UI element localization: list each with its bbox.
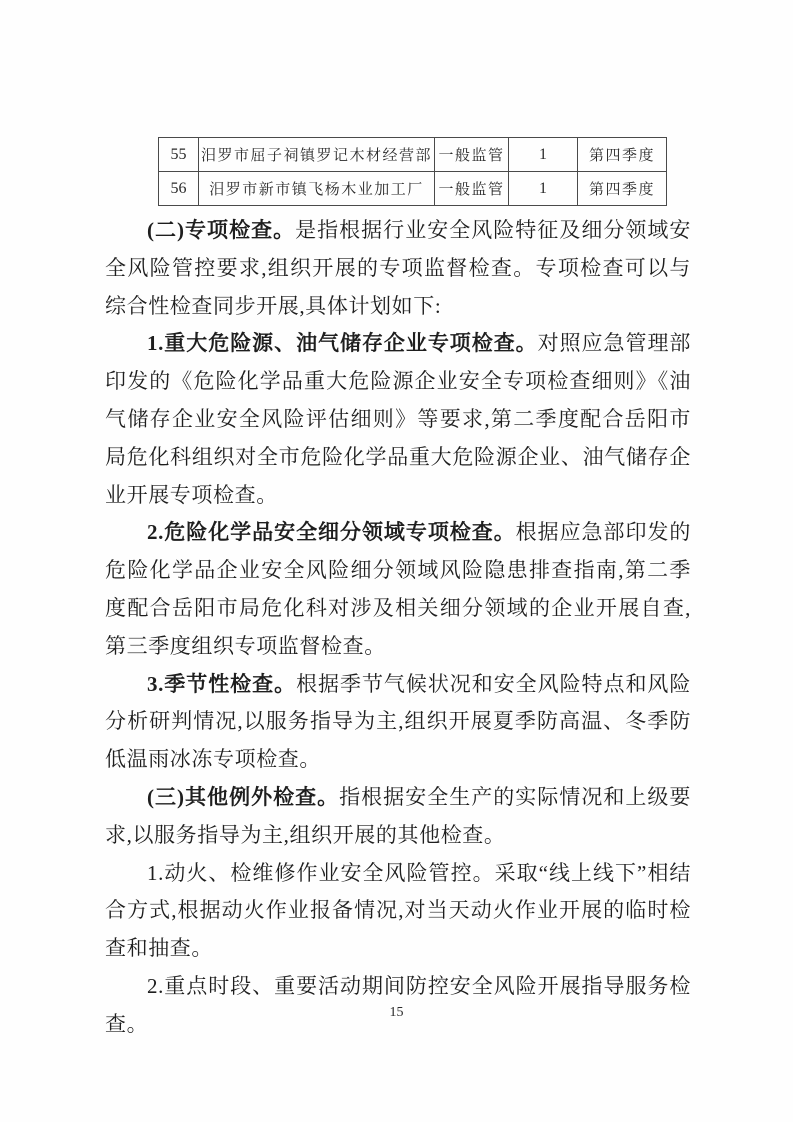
cell-quarter: 第四季度: [578, 172, 667, 206]
cell-supervision-type: 一般监管: [435, 138, 509, 172]
paragraph-hot-work-risk-control: 1.动火、检维修作业安全风险管控。采取“线上线下”相结合方式,根据动火作业报备情…: [105, 855, 691, 968]
cell-company-name: 汨罗市屈子祠镇罗记木材经营部: [199, 138, 435, 172]
table-row: 55 汨罗市屈子祠镇罗记木材经营部 一般监管 1 第四季度: [159, 138, 667, 172]
cell-inspection-count: 1: [509, 172, 578, 206]
cell-company-name: 汨罗市新市镇飞杨木业加工厂: [199, 172, 435, 206]
cell-serial-number: 56: [159, 172, 199, 206]
paragraph-lead: 2.危险化学品安全细分领域专项检查。: [147, 520, 516, 544]
paragraph-chemical-subfield-inspection: 2.危险化学品安全细分领域专项检查。根据应急部印发的危险化学品企业安全风险细分领…: [105, 514, 691, 665]
paragraph-major-hazard-inspection: 1.重大危险源、油气储存企业专项检查。对照应急管理部印发的《危险化学品重大危险源…: [105, 325, 691, 514]
paragraph-text: 对照应急管理部印发的《危险化学品重大危险源企业安全专项检查细则》《油气储存企业安…: [105, 331, 691, 506]
document-body: (二)专项检查。是指根据行业安全风险特征及细分领域安全风险管控要求,组织开展的专…: [105, 212, 691, 1044]
paragraph-other-exception-inspection: (三)其他例外检查。指根据安全生产的实际情况和上级要求,以服务指导为主,组织开展…: [105, 779, 691, 855]
inspection-plan-table: 55 汨罗市屈子祠镇罗记木材经营部 一般监管 1 第四季度 56 汨罗市新市镇飞…: [158, 137, 667, 206]
paragraph-text: 1.动火、检维修作业安全风险管控。采取“线上线下”相结合方式,根据动火作业报备情…: [105, 861, 691, 961]
table-row: 56 汨罗市新市镇飞杨木业加工厂 一般监管 1 第四季度: [159, 172, 667, 206]
paragraph-lead: (三)其他例外检查。: [147, 785, 339, 809]
cell-quarter: 第四季度: [578, 138, 667, 172]
paragraph-lead: 3.季节性检查。: [147, 672, 296, 696]
paragraph-lead: (二)专项检查。: [147, 218, 295, 242]
cell-serial-number: 55: [159, 138, 199, 172]
cell-inspection-count: 1: [509, 138, 578, 172]
cell-supervision-type: 一般监管: [435, 172, 509, 206]
document-page: 55 汨罗市屈子祠镇罗记木材经营部 一般监管 1 第四季度 56 汨罗市新市镇飞…: [0, 0, 793, 1122]
paragraph-lead: 1.重大危险源、油气储存企业专项检查。: [147, 331, 538, 355]
paragraph-seasonal-inspection: 3.季节性检查。根据季节气候状况和安全风险特点和风险分析研判情况,以服务指导为主…: [105, 666, 691, 779]
paragraph-special-inspection-intro: (二)专项检查。是指根据行业安全风险特征及细分领域安全风险管控要求,组织开展的专…: [105, 212, 691, 325]
page-number: 15: [0, 1005, 793, 1021]
